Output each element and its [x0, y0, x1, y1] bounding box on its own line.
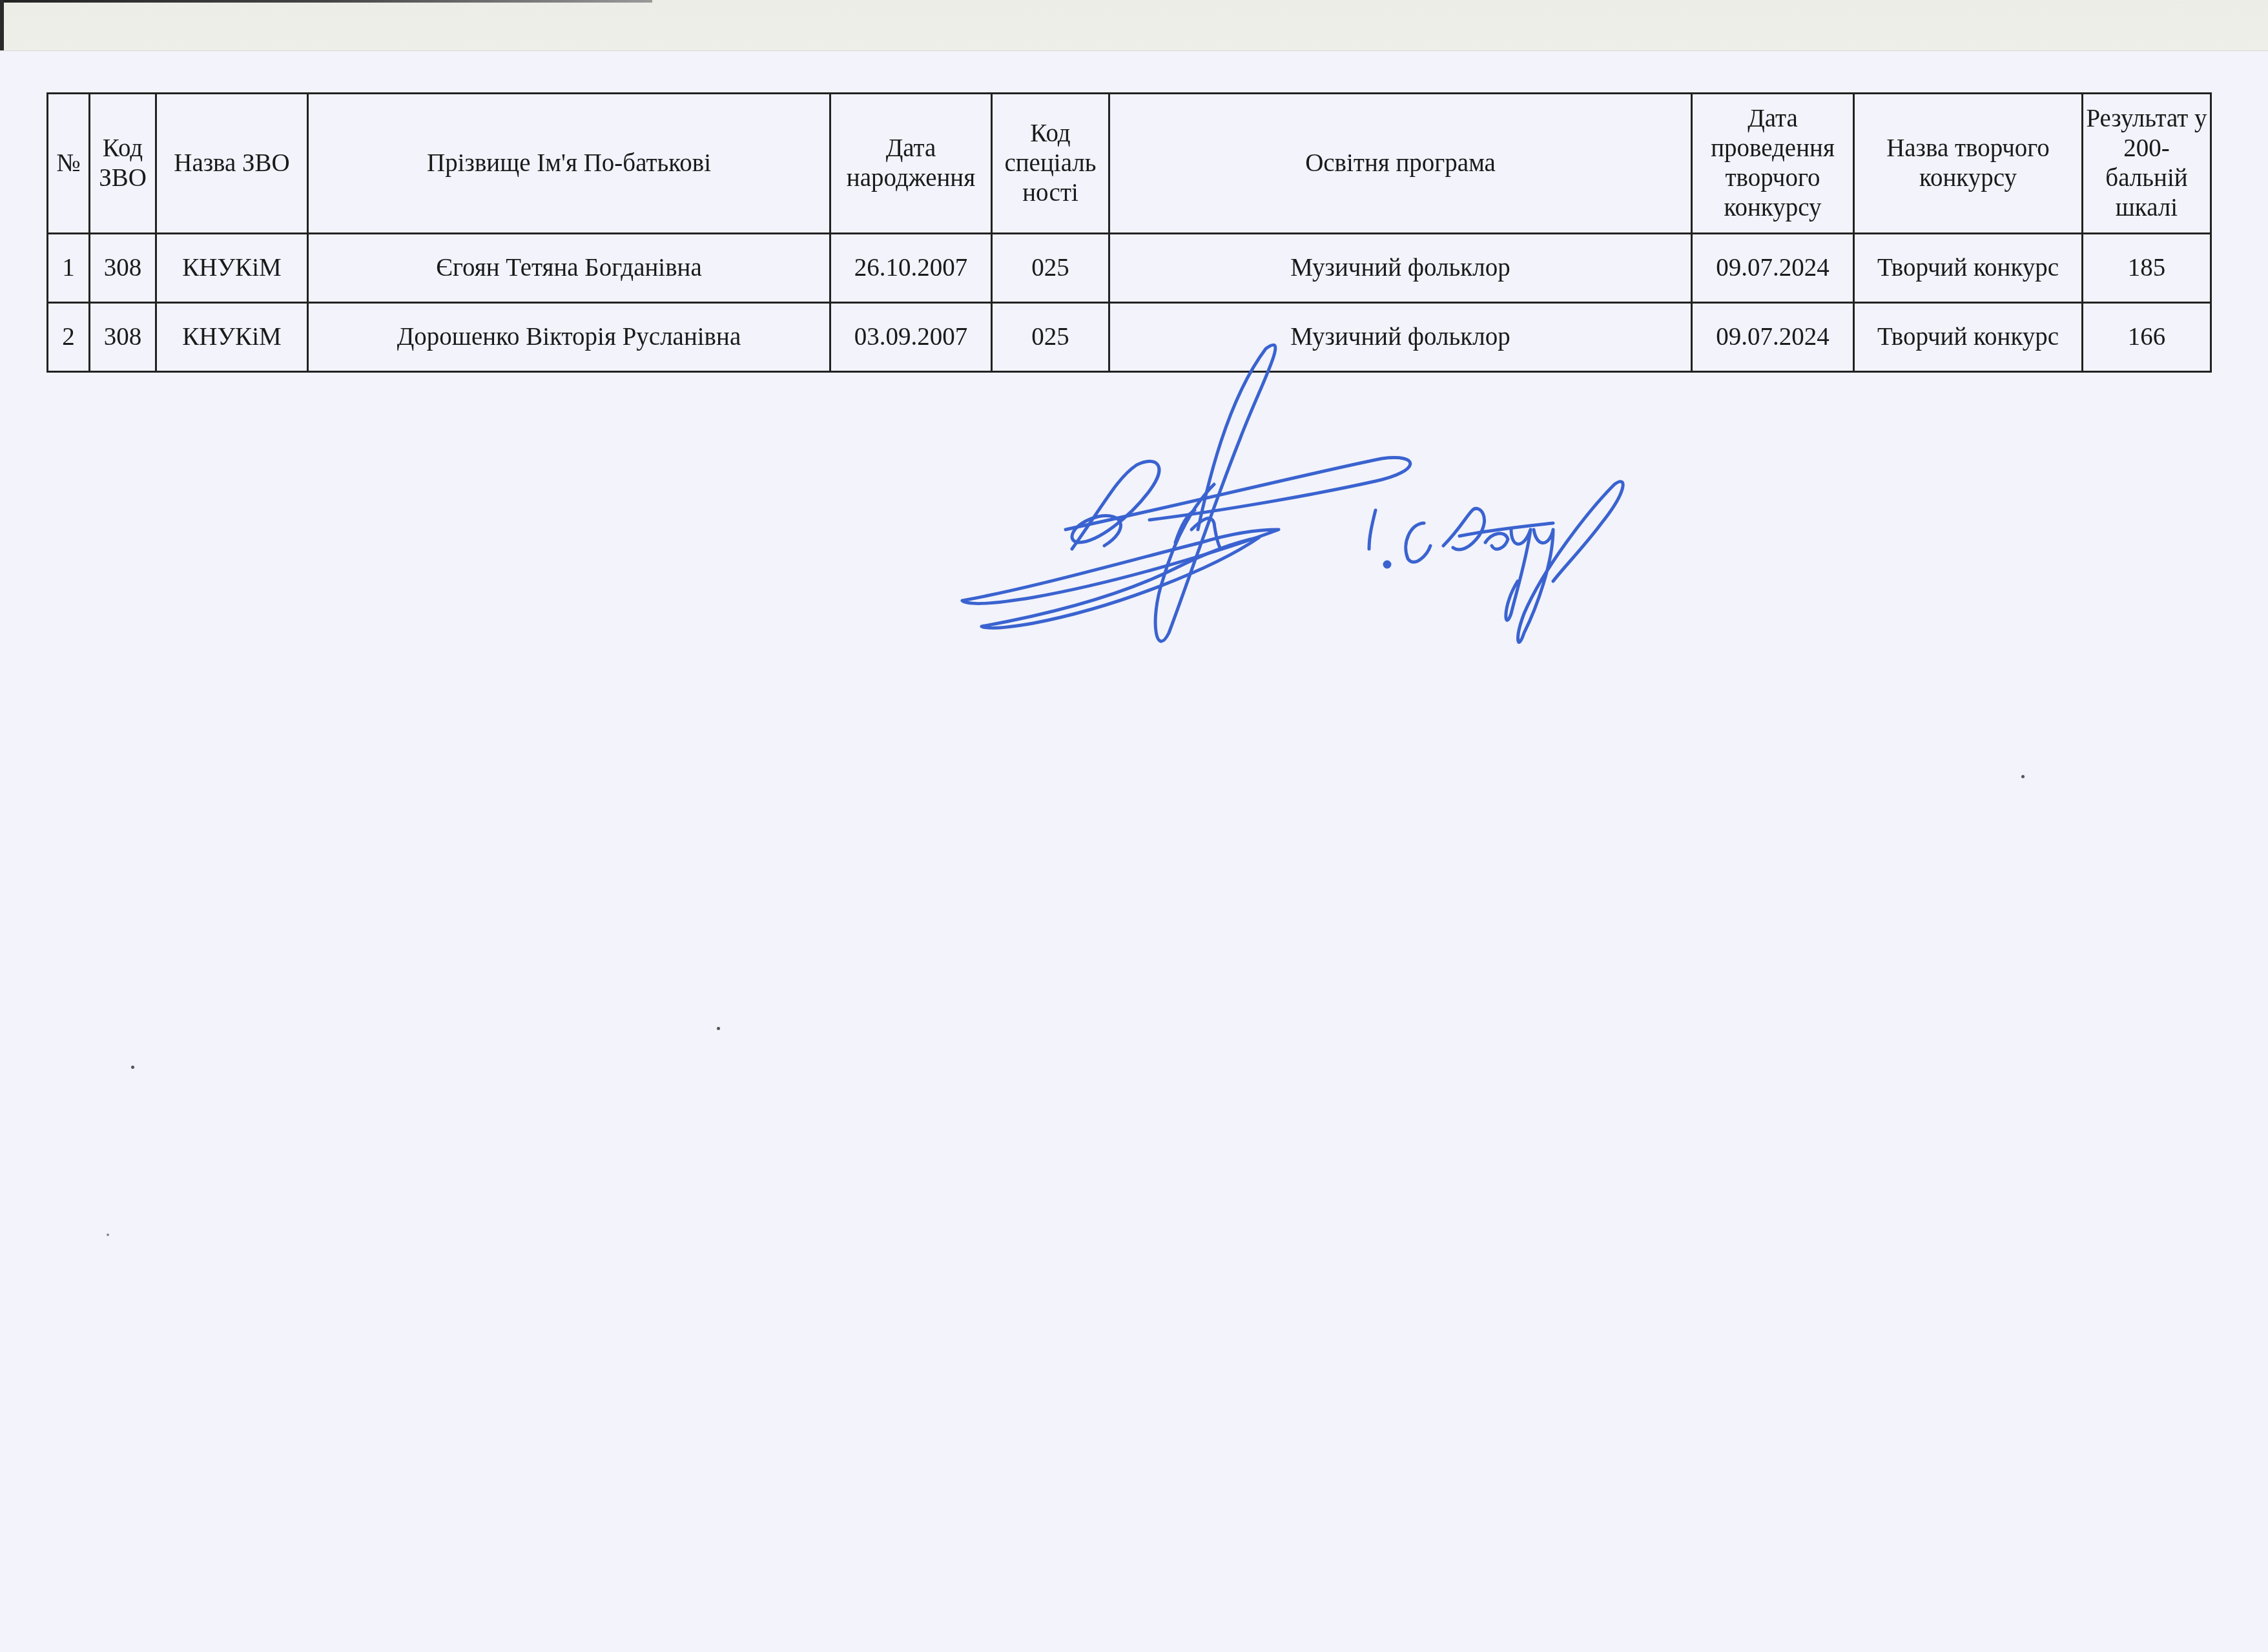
- scanner-edge-shadow: [0, 0, 652, 3]
- header-institution-code: Код ЗВО: [90, 94, 156, 234]
- header-number: №: [48, 94, 90, 234]
- cell-full-name: Єгоян Тетяна Богданівна: [308, 234, 830, 303]
- results-table: № Код ЗВО Назва ЗВО Прізвище Ім'я По-бат…: [46, 92, 2212, 373]
- header-specialty-code: Код спеціаль ності: [992, 94, 1109, 234]
- scanner-top-band: [0, 0, 2268, 51]
- cell-institution-name: КНУКіМ: [156, 303, 308, 372]
- cell-institution-name: КНУКіМ: [156, 234, 308, 303]
- header-birth-date: Дата народження: [830, 94, 992, 234]
- cell-number: 1: [48, 234, 90, 303]
- scan-speck: [717, 1027, 720, 1030]
- scan-speck: [107, 1234, 109, 1236]
- table-header-row: № Код ЗВО Назва ЗВО Прізвище Ім'я По-бат…: [48, 94, 2211, 234]
- cell-institution-code: 308: [90, 303, 156, 372]
- handwritten-signature: [956, 336, 2067, 736]
- scan-speck: [2021, 775, 2025, 778]
- scanner-left-edge: [0, 0, 4, 50]
- cell-contest-date: 09.07.2024: [1692, 234, 1854, 303]
- table-row: 1 308 КНУКіМ Єгоян Тетяна Богданівна 26.…: [48, 234, 2211, 303]
- cell-institution-code: 308: [90, 234, 156, 303]
- cell-result: 166: [2083, 303, 2211, 372]
- header-contest-date: Дата проведення творчого конкурсу: [1692, 94, 1854, 234]
- cell-specialty-code: 025: [992, 234, 1109, 303]
- header-institution-name: Назва ЗВО: [156, 94, 308, 234]
- header-contest-name: Назва творчого конкурсу: [1854, 94, 2083, 234]
- header-full-name: Прізвище Ім'я По-батькові: [308, 94, 830, 234]
- cell-result: 185: [2083, 234, 2211, 303]
- cell-full-name: Дорошенко Вікторія Русланівна: [308, 303, 830, 372]
- cell-contest-name: Творчий конкурс: [1854, 234, 2083, 303]
- header-result: Результат у 200-бальній шкалі: [2083, 94, 2211, 234]
- cell-number: 2: [48, 303, 90, 372]
- header-program: Освітня програма: [1109, 94, 1692, 234]
- cell-program: Музичний фольклор: [1109, 234, 1692, 303]
- cell-birth-date: 26.10.2007: [830, 234, 992, 303]
- scan-speck: [131, 1066, 134, 1069]
